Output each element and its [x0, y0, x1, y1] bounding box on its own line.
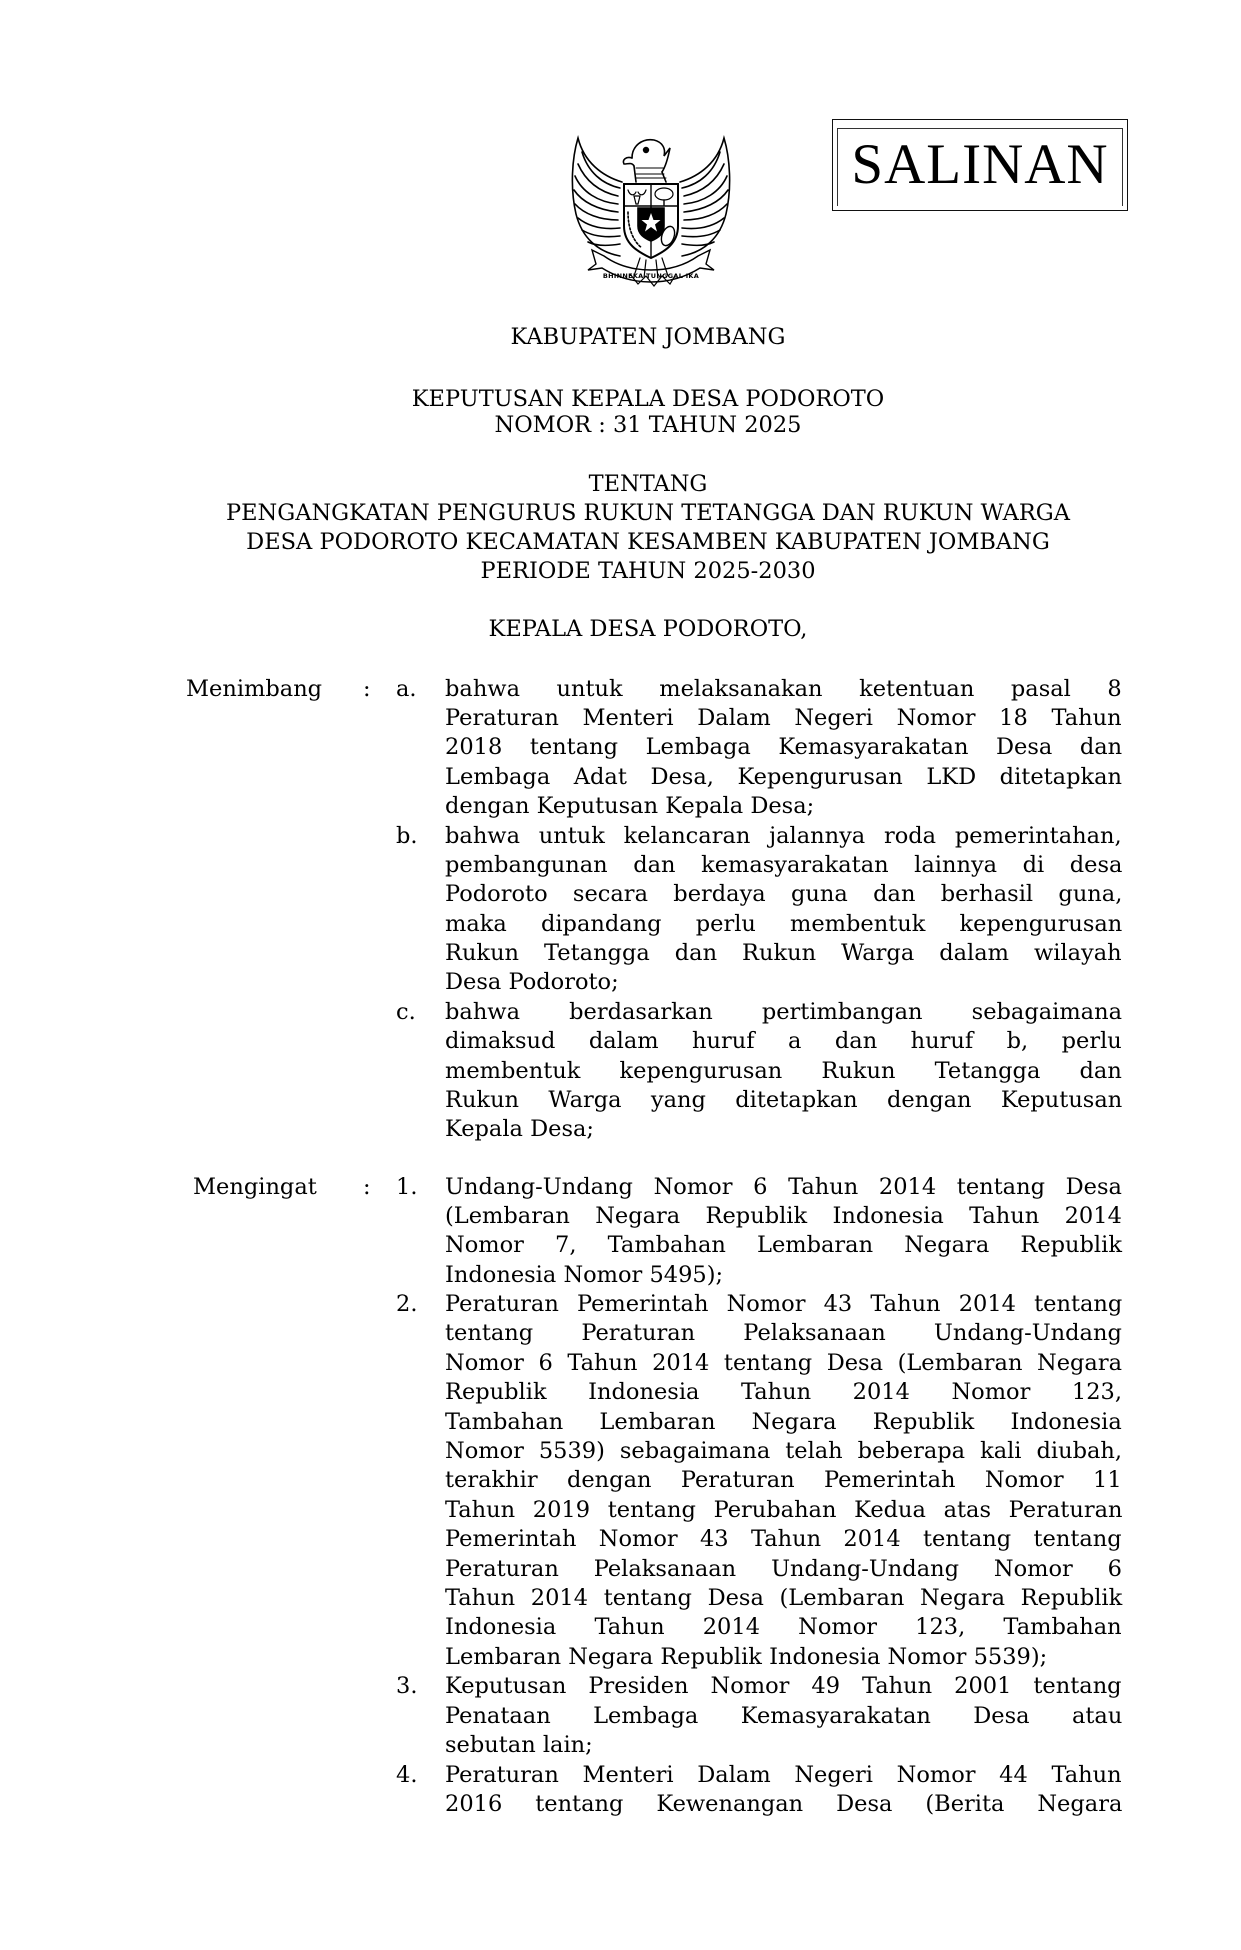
- mengingat-item-text-line: Keputusan Presiden Nomor 49 Tahun 2001 t…: [445, 1672, 1122, 1701]
- subject-line-3: PERIODE TAHUN 2025-2030: [0, 557, 1241, 586]
- mengingat-item-text-line: (Lembaran Negara Republik Indonesia Tahu…: [445, 1202, 1122, 1231]
- copy-stamp: SALINAN: [832, 119, 1128, 211]
- mengingat-item-text-line: Undang-Undang Nomor 6 Tahun 2014 tentang…: [445, 1173, 1122, 1202]
- menimbang-item-text-line: membentuk kepengurusan Rukun Tetangga da…: [445, 1057, 1122, 1086]
- menimbang-item-marker: b.: [396, 822, 418, 851]
- mengingat-label: Mengingat: [193, 1173, 317, 1202]
- mengingat-item-text-line: Indonesia Nomor 5495);: [445, 1261, 1122, 1290]
- issuer-title: KEPALA DESA PODOROTO,: [0, 615, 1241, 644]
- mengingat-item-text-line: Republik Indonesia Tahun 2014 Nomor 123,: [445, 1378, 1122, 1407]
- mengingat-item-marker: 3.: [396, 1672, 417, 1701]
- mengingat-item-text-line: Tambahan Lembaran Negara Republik Indone…: [445, 1408, 1122, 1437]
- mengingat-item-text-line: Peraturan Menteri Dalam Negeri Nomor 44 …: [445, 1761, 1122, 1790]
- menimbang-item-text-line: dengan Keputusan Kepala Desa;: [445, 792, 1122, 821]
- mengingat-item-text-line: Peraturan Pelaksanaan Undang-Undang Nomo…: [445, 1555, 1122, 1584]
- about-label: TENTANG: [0, 470, 1241, 499]
- menimbang-list-item: bahwa untuk kelancaran jalannya roda pem…: [445, 822, 1122, 998]
- mengingat-item-text-line: Tahun 2019 tentang Perubahan Kedua atas …: [445, 1496, 1122, 1525]
- mengingat-item-text-line: Nomor 5539) sebagaimana telah beberapa k…: [445, 1437, 1122, 1466]
- mengingat-item-text-line: Indonesia Tahun 2014 Nomor 123, Tambahan: [445, 1613, 1122, 1642]
- document-page: BHINNEKA TUNGGAL IKA SALINAN KABUPATEN J…: [0, 0, 1241, 1950]
- menimbang-item-text-line: Lembaga Adat Desa, Kepengurusan LKD dite…: [445, 763, 1122, 792]
- menimbang-item-text-line: Desa Podoroto;: [445, 968, 1122, 997]
- menimbang-item-text-line: Rukun Warga yang ditetapkan dengan Keput…: [445, 1086, 1122, 1115]
- mengingat-list-item: Peraturan Menteri Dalam Negeri Nomor 44 …: [445, 1761, 1122, 1820]
- mengingat-list-item: Keputusan Presiden Nomor 49 Tahun 2001 t…: [445, 1672, 1122, 1760]
- garuda-emblem-icon: BHINNEKA TUNGGAL IKA: [562, 118, 740, 294]
- mengingat-item-marker: 2.: [396, 1290, 417, 1319]
- menimbang-item-text-line: bahwa berdasarkan pertimbangan sebagaima…: [445, 998, 1122, 1027]
- menimbang-item-text-line: Rukun Tetangga dan Rukun Warga dalam wil…: [445, 939, 1122, 968]
- mengingat-item-text-line: Penataan Lembaga Kemasyarakatan Desa ata…: [445, 1702, 1122, 1731]
- menimbang-item-text-line: Peraturan Menteri Dalam Negeri Nomor 18 …: [445, 704, 1122, 733]
- menimbang-item-text-line: bahwa untuk melaksanakan ketentuan pasal…: [445, 675, 1122, 704]
- menimbang-item-marker: c.: [396, 998, 416, 1027]
- mengingat-item-marker: 4.: [396, 1761, 417, 1790]
- mengingat-item-text-line: tentang Peraturan Pelaksanaan Undang-Und…: [445, 1319, 1122, 1348]
- menimbang-item-text-line: maka dipandang perlu membentuk kepenguru…: [445, 910, 1122, 939]
- menimbang-item-text-line: pembangunan dan kemasyarakatan lainnya d…: [445, 851, 1122, 880]
- mengingat-list-item: Undang-Undang Nomor 6 Tahun 2014 tentang…: [445, 1173, 1122, 1291]
- subject-line-2: DESA PODOROTO KECAMATAN KESAMBEN KABUPAT…: [0, 528, 1241, 557]
- menimbang-list-item: bahwa untuk melaksanakan ketentuan pasal…: [445, 675, 1122, 822]
- menimbang-item-text-line: dimaksud dalam huruf a dan huruf b, perl…: [445, 1027, 1122, 1056]
- subject-line-1: PENGANGKATAN PENGURUS RUKUN TETANGGA DAN…: [0, 499, 1241, 528]
- decree-title: KEPUTUSAN KEPALA DESA PODOROTO: [0, 385, 1241, 414]
- menimbang-item-text-line: 2018 tentang Lembaga Kemasyarakatan Desa…: [445, 733, 1122, 762]
- menimbang-item-text-line: bahwa untuk kelancaran jalannya roda pem…: [445, 822, 1122, 851]
- mengingat-item-text-line: 2016 tentang Kewenangan Desa (Berita Neg…: [445, 1790, 1122, 1819]
- menimbang-item-marker: a.: [396, 675, 417, 704]
- svg-text:BHINNEKA TUNGGAL IKA: BHINNEKA TUNGGAL IKA: [603, 272, 699, 280]
- menimbang-list-item: bahwa berdasarkan pertimbangan sebagaima…: [445, 998, 1122, 1145]
- mengingat-item-text-line: Pemerintah Nomor 43 Tahun 2014 tentang t…: [445, 1525, 1122, 1554]
- mengingat-item-text-line: sebutan lain;: [445, 1731, 1122, 1760]
- mengingat-item-text-line: terakhir dengan Peraturan Pemerintah Nom…: [445, 1466, 1122, 1495]
- mengingat-item-text-line: Nomor 7, Tambahan Lembaran Negara Republ…: [445, 1231, 1122, 1260]
- mengingat-item-text-line: Lembaran Negara Republik Indonesia Nomor…: [445, 1643, 1122, 1672]
- decree-number: NOMOR : 31 TAHUN 2025: [0, 411, 1241, 440]
- mengingat-item-marker: 1.: [396, 1173, 417, 1202]
- regency-name: KABUPATEN JOMBANG: [0, 323, 1241, 352]
- menimbang-colon: :: [363, 675, 371, 704]
- mengingat-item-text-line: Nomor 6 Tahun 2014 tentang Desa (Lembara…: [445, 1349, 1122, 1378]
- menimbang-label: Menimbang: [186, 675, 322, 704]
- mengingat-item-text-line: Peraturan Pemerintah Nomor 43 Tahun 2014…: [445, 1290, 1122, 1319]
- mengingat-colon: :: [363, 1173, 371, 1202]
- menimbang-item-text-line: Kepala Desa;: [445, 1115, 1122, 1144]
- menimbang-item-text-line: Podoroto secara berdaya guna dan berhasi…: [445, 880, 1122, 909]
- mengingat-list-item: Peraturan Pemerintah Nomor 43 Tahun 2014…: [445, 1290, 1122, 1672]
- mengingat-item-text-line: Tahun 2014 tentang Desa (Lembaran Negara…: [445, 1584, 1122, 1613]
- copy-stamp-label: SALINAN: [833, 132, 1127, 198]
